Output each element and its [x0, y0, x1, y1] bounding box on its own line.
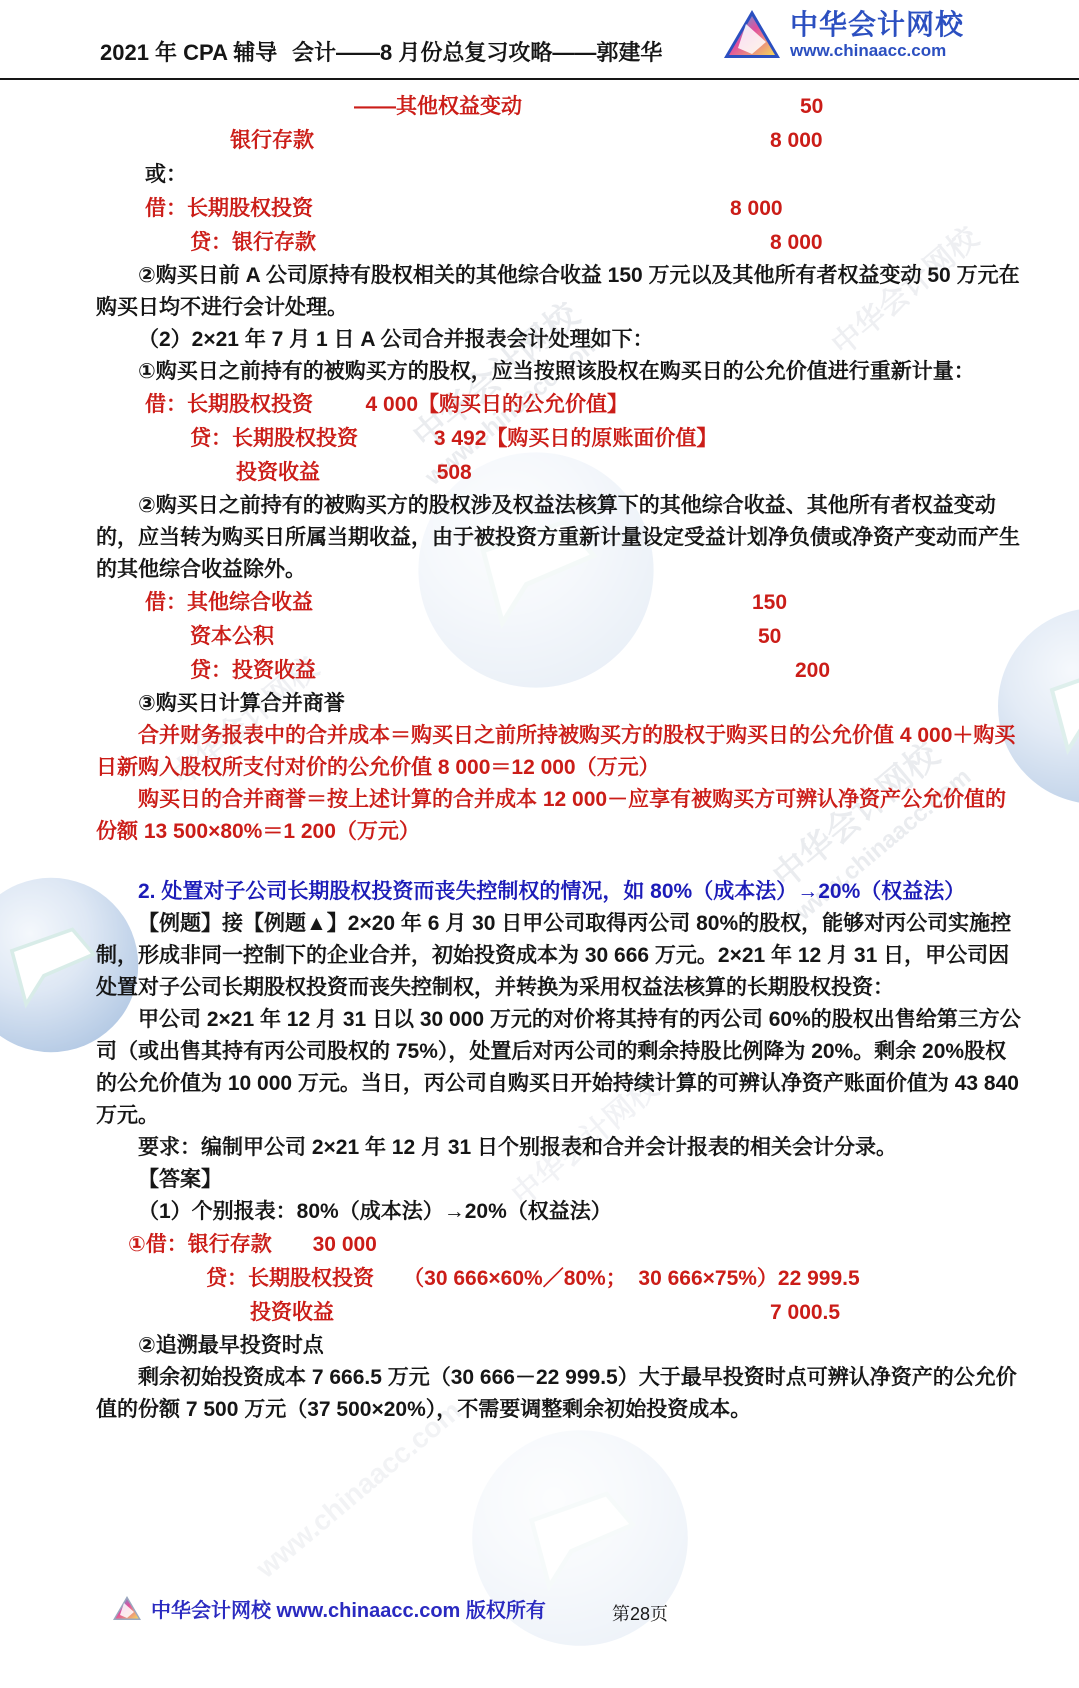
paragraph: 【答案】 — [96, 1164, 1021, 1196]
footer-brand: 中华会计网校 www.chinaacc.com 版权所有 — [112, 1594, 546, 1623]
paragraph: （1）个别报表：80%（成本法）→20%（权益法） — [96, 1196, 1021, 1228]
paragraph: 甲公司 2×21 年 12 月 31 日以 30 000 万元的对价将其持有的丙… — [96, 1004, 1021, 1132]
footer-copyright: 中华会计网校 www.chinaacc.com 版权所有 — [151, 1594, 546, 1623]
section-heading: 2. 处置对子公司长期股权投资而丧失控制权的情况，如 80%（成本法）→20%（… — [96, 876, 1021, 908]
page-footer: 中华会计网校 www.chinaacc.com 版权所有 第28页 — [0, 1588, 1079, 1658]
logo-name: 中华会计网校 — [790, 11, 964, 39]
chinaacc-triangle-icon — [722, 8, 782, 62]
entry-line: ——其他权益变动50 — [96, 90, 1021, 124]
entry-line: 贷：长期股权投资 3 492【购买日的原账面价值】 — [96, 422, 1021, 456]
entry-line: 借：长期股权投资8 000 — [96, 192, 1021, 226]
document-body: ——其他权益变动50 银行存款8 000 或： 借：长期股权投资8 000 贷：… — [96, 90, 1021, 1426]
chinaacc-logo: 中华会计网校 www.chinaacc.com — [722, 8, 964, 62]
entry-amount: 200 — [795, 654, 830, 688]
paragraph: 购买日的合并商誉＝按上述计算的合并成本 12 000－应享有被购买方可辨认净资产… — [96, 784, 1021, 848]
paragraph: 剩余初始投资成本 7 666.5 万元（30 666－22 999.5）大于最早… — [96, 1362, 1021, 1426]
entry-line: 银行存款8 000 — [96, 124, 1021, 158]
entry-amount: 50 — [758, 620, 781, 654]
entry-line: 贷：长期股权投资 （30 666×60%／80%； 30 666×75%）22 … — [96, 1262, 1021, 1296]
chinaacc-triangle-icon — [112, 1595, 142, 1622]
page-number: 第28页 — [612, 1600, 668, 1626]
entry-amount: 8 000 — [770, 124, 823, 158]
header-title: 会计——8 月份总复习攻略——郭建华 — [292, 36, 662, 67]
page-header: 2021 年 CPA 辅导 会计——8 月份总复习攻略——郭建华 中华会计网校 … — [0, 0, 1079, 80]
paragraph: ③购买日计算合并商誉 — [96, 688, 1021, 720]
entry-amount: 50 — [800, 90, 823, 124]
paragraph: ②追溯最早投资时点 — [96, 1330, 1021, 1362]
paragraph: ②购买日之前持有的被购买方的股权涉及权益法核算下的其他综合收益、其他所有者权益变… — [96, 490, 1021, 586]
logo-url: www.chinaacc.com — [790, 42, 964, 59]
paragraph: ②购买日前 A 公司原持有股权相关的其他综合收益 150 万元以及其他所有者权益… — [96, 260, 1021, 324]
entry-line: 借：长期股权投资 4 000【购买日的公允价值】 — [96, 388, 1021, 422]
entry-line: 投资收益7 000.5 — [96, 1296, 1021, 1330]
entry-line: 借：其他综合收益150 — [96, 586, 1021, 620]
paragraph: 合并财务报表中的合并成本＝购买日之前所持被购买方的股权于购买日的公允价值 4 0… — [96, 720, 1021, 784]
entry-amount: 7 000.5 — [770, 1296, 840, 1330]
entry-line: 贷：投资收益200 — [96, 654, 1021, 688]
header-course: 2021 年 CPA 辅导 — [100, 36, 277, 67]
paragraph: 要求：编制甲公司 2×21 年 12 月 31 日个别报表和合并会计报表的相关会… — [96, 1132, 1021, 1164]
entry-line: 资本公积50 — [96, 620, 1021, 654]
paragraph: 【例题】接【例题▲】2×20 年 6 月 30 日甲公司取得丙公司 80%的股权… — [96, 908, 1021, 1004]
paragraph: ①购买日之前持有的被购买方的股权，应当按照该股权在购买日的公允价值进行重新计量： — [96, 356, 1021, 388]
paragraph: （2）2×21 年 7 月 1 日 A 公司合并报表会计处理如下： — [96, 324, 1021, 356]
entry-line: 贷：银行存款8 000 — [96, 226, 1021, 260]
entry-line: 投资收益 508 — [96, 456, 1021, 490]
page: { "header": { "course": "2021 年 CPA 辅导",… — [0, 0, 1079, 1688]
entry-line: ①借：银行存款 30 000 — [96, 1228, 1021, 1262]
entry-amount: 150 — [752, 586, 787, 620]
entry-amount: 8 000 — [730, 192, 783, 226]
entry-amount: 8 000 — [770, 226, 823, 260]
entry-line: 或： — [96, 158, 1021, 192]
